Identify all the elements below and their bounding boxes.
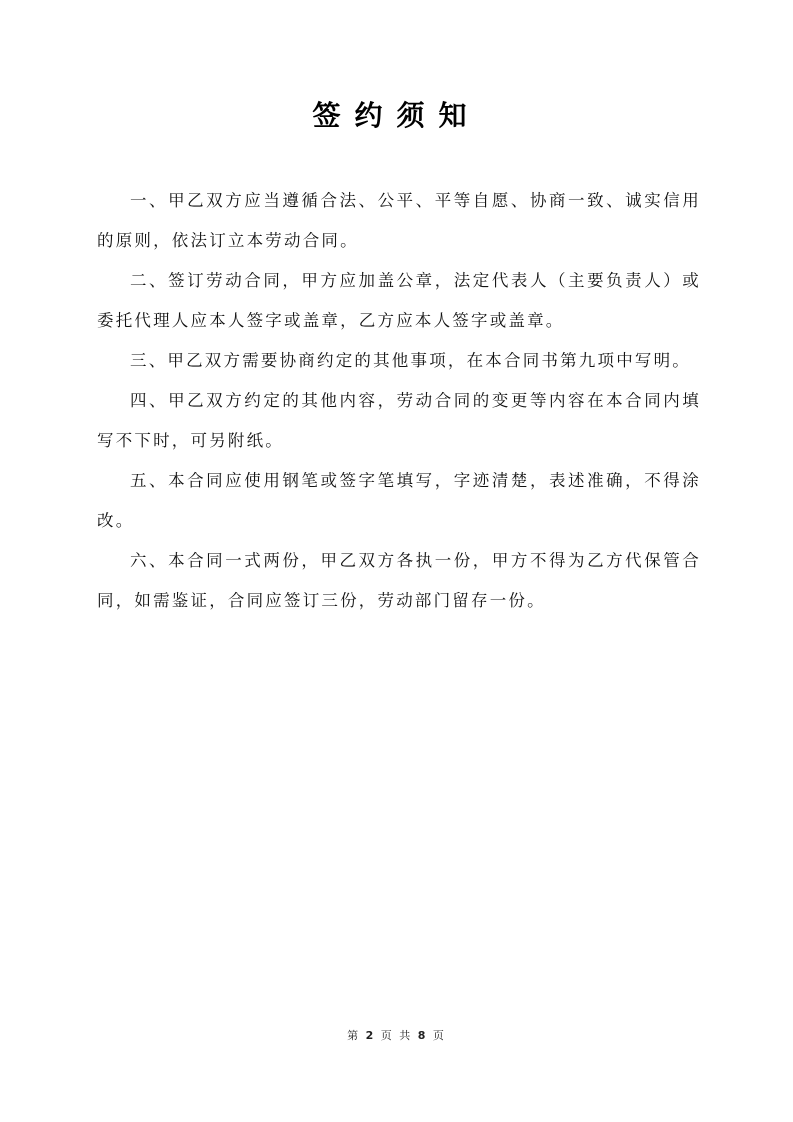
current-page-number: 2 [366, 1029, 376, 1042]
paragraph-2: 二、签订劳动合同，甲方应加盖公章，法定代表人（主要负责人）或委托代理人应本人签字… [97, 261, 701, 341]
paragraph-5: 五、本合同应使用钢笔或签字笔填写，字迹清楚，表述准确，不得涂改。 [97, 461, 701, 541]
paragraph-4: 四、甲乙双方约定的其他内容，劳动合同的变更等内容在本合同内填写不下时，可另附纸。 [97, 381, 701, 461]
paragraph-1: 一、甲乙双方应当遵循合法、公平、平等自愿、协商一致、诚实信用的原则，依法订立本劳… [97, 181, 701, 261]
total-pages-number: 8 [418, 1029, 428, 1042]
document-body: 一、甲乙双方应当遵循合法、公平、平等自愿、协商一致、诚实信用的原则，依法订立本劳… [97, 181, 701, 621]
paragraph-6: 六、本合同一式两份，甲乙双方各执一份，甲方不得为乙方代保管合同，如需鉴证，合同应… [97, 541, 701, 621]
paragraph-3: 三、甲乙双方需要协商约定的其他事项，在本合同书第九项中写明。 [97, 341, 701, 381]
footer-suffix: 页 [433, 1029, 446, 1042]
footer-middle: 页 共 [381, 1029, 413, 1042]
page-title: 签约须知 [0, 96, 793, 136]
footer-prefix: 第 [347, 1029, 360, 1042]
page-footer: 第 2 页 共 8 页 [0, 1027, 793, 1043]
